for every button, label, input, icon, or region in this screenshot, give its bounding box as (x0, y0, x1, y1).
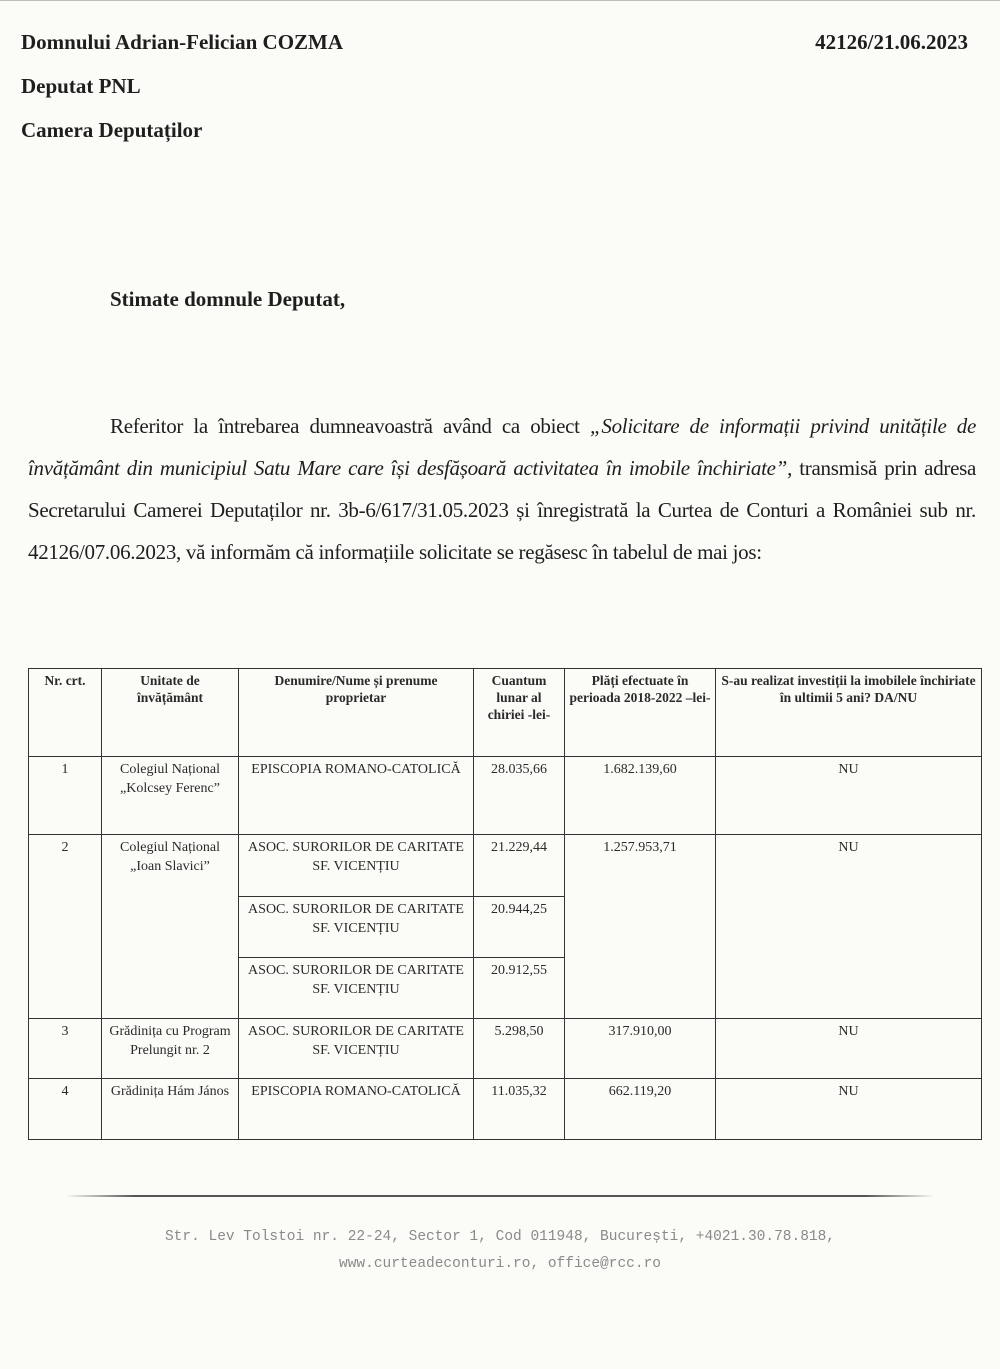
cell-unit: Colegiul Național „Ioan Slavici” (102, 835, 239, 1019)
body-intro: Referitor la întrebarea dumneavoastră av… (110, 414, 590, 438)
cell-unit: Grădinița Hám János (102, 1079, 239, 1140)
table-row: 2 Colegiul Național „Ioan Slavici” ASOC.… (29, 835, 982, 897)
header-monthly-rent: Cuantum lunar al chiriei -lei- (474, 669, 565, 757)
cell-investments: NU (716, 1079, 982, 1140)
footer-divider (65, 1195, 935, 1197)
cell-payments: 1.682.139,60 (565, 757, 716, 835)
cell-owner: EPISCOPIA ROMANO-CATOLICĂ (239, 757, 474, 835)
cell-monthly-rent: 21.229,44 (474, 835, 565, 897)
cell-owner: ASOC. SURORILOR DE CARITATE SF. VICENȚIU (239, 835, 474, 897)
recipient-name: Domnului Adrian-Felician COZMA (21, 30, 343, 54)
header-nr: Nr. crt. (29, 669, 102, 757)
rental-table: Nr. crt. Unitate de învățământ Denumire/… (28, 668, 982, 1140)
scan-edge-line (0, 0, 1000, 1)
salutation: Stimate domnule Deputat, (110, 287, 345, 312)
cell-nr: 1 (29, 757, 102, 835)
cell-investments: NU (716, 1019, 982, 1079)
body-paragraph: Referitor la întrebarea dumneavoastră av… (28, 405, 976, 573)
header-unit: Unitate de învățământ (102, 669, 239, 757)
cell-investments: NU (716, 835, 982, 1019)
footer-address: Str. Lev Tolstoi nr. 22-24, Sector 1, Co… (0, 1224, 1000, 1251)
registration-number: 42126/21.06.2023 (815, 30, 968, 55)
cell-investments: NU (716, 757, 982, 835)
cell-unit: Colegiul Național „Kolcsey Ferenc” (102, 757, 239, 835)
cell-payments: 662.119,20 (565, 1079, 716, 1140)
cell-monthly-rent: 28.035,66 (474, 757, 565, 835)
footer-contact: www.curteadeconturi.ro, office@rcc.ro (0, 1251, 1000, 1278)
cell-owner: ASOC. SURORILOR DE CARITATE SF. VICENȚIU (239, 1019, 474, 1079)
cell-payments: 1.257.953,71 (565, 835, 716, 1019)
header-payments: Plăți efectuate în perioada 2018-2022 –l… (565, 669, 716, 757)
cell-monthly-rent: 20.944,25 (474, 897, 565, 958)
cell-nr: 3 (29, 1019, 102, 1079)
header-investments: S-au realizat investiții la imobilele în… (716, 669, 982, 757)
cell-owner: ASOC. SURORILOR DE CARITATE SF. VICENȚIU (239, 897, 474, 958)
recipient-title: Deputat PNL (21, 74, 141, 98)
table-row: 3 Grădinița cu Program Prelungit nr. 2 A… (29, 1019, 982, 1079)
cell-monthly-rent: 5.298,50 (474, 1019, 565, 1079)
table-row: 4 Grădinița Hám János EPISCOPIA ROMANO-C… (29, 1079, 982, 1140)
cell-owner: EPISCOPIA ROMANO-CATOLICĂ (239, 1079, 474, 1140)
recipient-institution: Camera Deputaților (21, 118, 202, 142)
header-owner: Denumire/Nume și prenume proprietar (239, 669, 474, 757)
cell-nr: 2 (29, 835, 102, 1019)
cell-owner: ASOC. SURORILOR DE CARITATE SF. VICENȚIU (239, 958, 474, 1019)
cell-payments: 317.910,00 (565, 1019, 716, 1079)
table-row: 1 Colegiul Național „Kolcsey Ferenc” EPI… (29, 757, 982, 835)
cell-monthly-rent: 11.035,32 (474, 1079, 565, 1140)
cell-unit: Grădinița cu Program Prelungit nr. 2 (102, 1019, 239, 1079)
footer: Str. Lev Tolstoi nr. 22-24, Sector 1, Co… (0, 1224, 1000, 1278)
table-header-row: Nr. crt. Unitate de învățământ Denumire/… (29, 669, 982, 757)
cell-nr: 4 (29, 1079, 102, 1140)
cell-monthly-rent: 20.912,55 (474, 958, 565, 1019)
